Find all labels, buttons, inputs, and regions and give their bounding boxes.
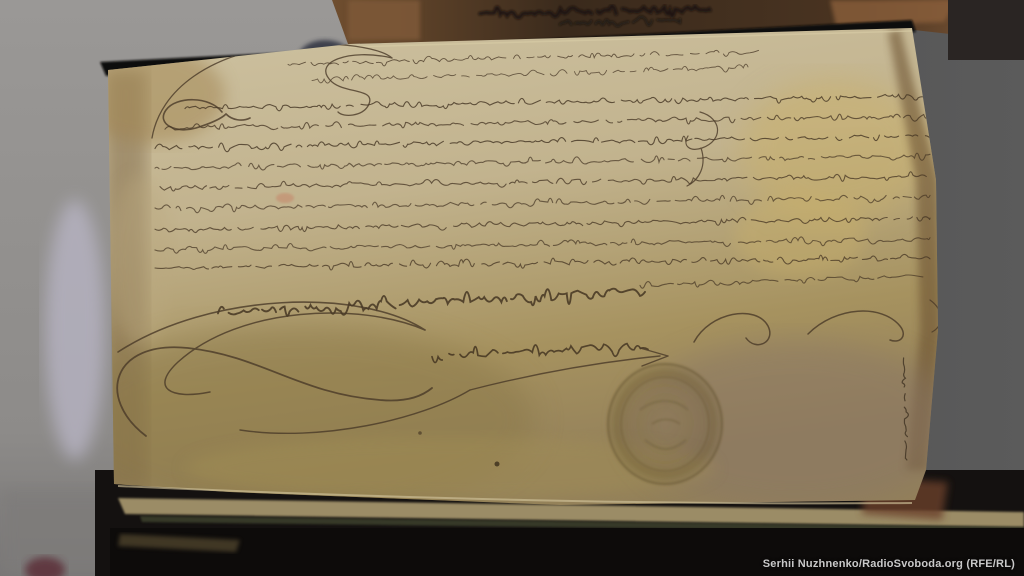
previous-page-light-patch [348, 0, 420, 40]
pink-mark [276, 193, 294, 203]
ink-speck [418, 431, 422, 435]
blurred-foreground-band [45, 200, 105, 460]
ink-speck [495, 462, 500, 467]
left-mid-light-zone [108, 175, 172, 345]
manuscript-page [65, 28, 960, 515]
yellow-stain-mid-right [735, 193, 865, 277]
top-right-dark-corner [948, 0, 1024, 60]
wax-seal [607, 363, 723, 485]
archival-manuscript-photo: Serhii Nuzhnenko/RadioSvoboda.org (RFE/R… [0, 0, 1024, 576]
watermark-credit: Serhii Nuzhnenko/RadioSvoboda.org (RFE/R… [763, 558, 1015, 570]
photo-canvas [0, 0, 1024, 576]
